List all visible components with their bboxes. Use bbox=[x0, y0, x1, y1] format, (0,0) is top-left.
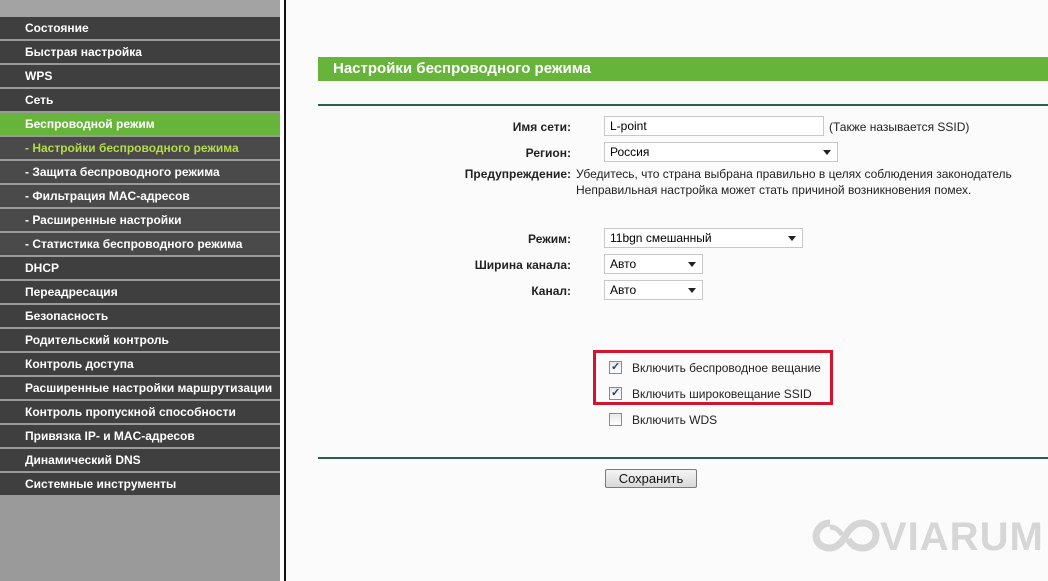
ssid-label: Имя сети: bbox=[286, 120, 571, 134]
sidebar-item[interactable]: Безопасность bbox=[0, 305, 280, 327]
save-button[interactable]: Сохранить bbox=[605, 469, 697, 488]
sidebar-item[interactable]: Контроль пропускной способности bbox=[0, 401, 280, 423]
sidebar-item[interactable]: Быстрая настройка bbox=[0, 41, 280, 63]
sidebar-item[interactable]: Привязка IP- и MAC-адресов bbox=[0, 425, 280, 447]
sidebar-top bbox=[0, 0, 280, 17]
ssid-input[interactable]: L-point bbox=[604, 116, 824, 136]
mode-select[interactable]: 11bgn смешанный bbox=[604, 228, 803, 248]
sidebar-item[interactable]: Расширенные настройки маршрутизации bbox=[0, 377, 280, 399]
checkbox-icon[interactable] bbox=[609, 413, 622, 426]
sidebar-item[interactable]: DHCP bbox=[0, 257, 280, 279]
watermark: VIARUM bbox=[812, 515, 1044, 560]
chevron-down-icon bbox=[823, 150, 831, 155]
checkbox-icon[interactable] bbox=[609, 361, 622, 374]
mode-select-value: 11bgn смешанный bbox=[610, 231, 712, 245]
region-label: Регион: bbox=[286, 146, 571, 160]
sidebar-item[interactable]: Контроль доступа bbox=[0, 353, 280, 375]
chevron-down-icon bbox=[788, 236, 796, 241]
page-title: Настройки беспроводного режима bbox=[318, 57, 1048, 81]
checkbox-label: Включить WDS bbox=[632, 413, 717, 427]
channel-width-select[interactable]: Авто bbox=[604, 254, 703, 274]
divider-bottom bbox=[318, 457, 1048, 459]
sidebar-item[interactable]: - Фильтрация MAC-адресов bbox=[0, 185, 280, 207]
sidebar-item[interactable]: Родительский контроль bbox=[0, 329, 280, 351]
region-select[interactable]: Россия bbox=[604, 142, 838, 162]
sidebar-item[interactable]: - Статистика беспроводного режима bbox=[0, 233, 280, 255]
channel-width-select-value: Авто bbox=[610, 257, 636, 271]
mode-label: Режим: bbox=[286, 232, 571, 246]
watermark-text: VIARUM bbox=[880, 515, 1044, 559]
divider-top bbox=[318, 104, 1048, 106]
sidebar-item[interactable]: Системные инструменты bbox=[0, 473, 280, 495]
main-content: Настройки беспроводного режима Имя сети:… bbox=[286, 0, 1048, 581]
chevron-down-icon bbox=[688, 288, 696, 293]
sidebar: СостояниеБыстрая настройкаWPSСетьБеспров… bbox=[0, 0, 280, 581]
checkbox-wds[interactable]: Включить WDS bbox=[609, 412, 717, 428]
channel-select-value: Авто bbox=[610, 283, 636, 297]
warning-text: Убедитесь, что страна выбрана правильно … bbox=[576, 166, 1012, 198]
channel-select[interactable]: Авто bbox=[604, 280, 703, 300]
sidebar-item[interactable]: - Настройки беспроводного режима bbox=[0, 137, 280, 159]
infinity-logo-icon bbox=[812, 517, 880, 553]
sidebar-item[interactable]: - Расширенные настройки bbox=[0, 209, 280, 231]
sidebar-item[interactable]: Беспроводной режим bbox=[0, 113, 280, 135]
warning-line-2: Неправильная настройка может стать причи… bbox=[576, 182, 1012, 198]
sidebar-item[interactable]: - Защита беспроводного режима bbox=[0, 161, 280, 183]
checkbox-ssid-broadcast[interactable]: Включить широковещание SSID bbox=[609, 386, 812, 402]
ssid-hint: (Также называется SSID) bbox=[829, 120, 969, 134]
checkbox-label: Включить беспроводное вещание bbox=[632, 361, 821, 375]
sidebar-item[interactable]: WPS bbox=[0, 65, 280, 87]
region-select-value: Россия bbox=[610, 145, 649, 159]
sidebar-item[interactable]: Сеть bbox=[0, 89, 280, 111]
sidebar-menu: СостояниеБыстрая настройкаWPSСетьБеспров… bbox=[0, 17, 280, 495]
warning-line-1: Убедитесь, что страна выбрана правильно … bbox=[576, 166, 1012, 182]
chevron-down-icon bbox=[688, 262, 696, 267]
checkbox-label: Включить широковещание SSID bbox=[632, 387, 812, 401]
sidebar-item[interactable]: Состояние bbox=[0, 17, 280, 39]
checkbox-wireless-broadcast[interactable]: Включить беспроводное вещание bbox=[609, 360, 821, 376]
channel-width-label: Ширина канала: bbox=[286, 258, 571, 272]
sidebar-item[interactable]: Динамический DNS bbox=[0, 449, 280, 471]
sidebar-item[interactable]: Переадресация bbox=[0, 281, 280, 303]
channel-label: Канал: bbox=[286, 284, 571, 298]
warning-label: Предупреждение: bbox=[286, 167, 571, 181]
checkbox-icon[interactable] bbox=[609, 387, 622, 400]
